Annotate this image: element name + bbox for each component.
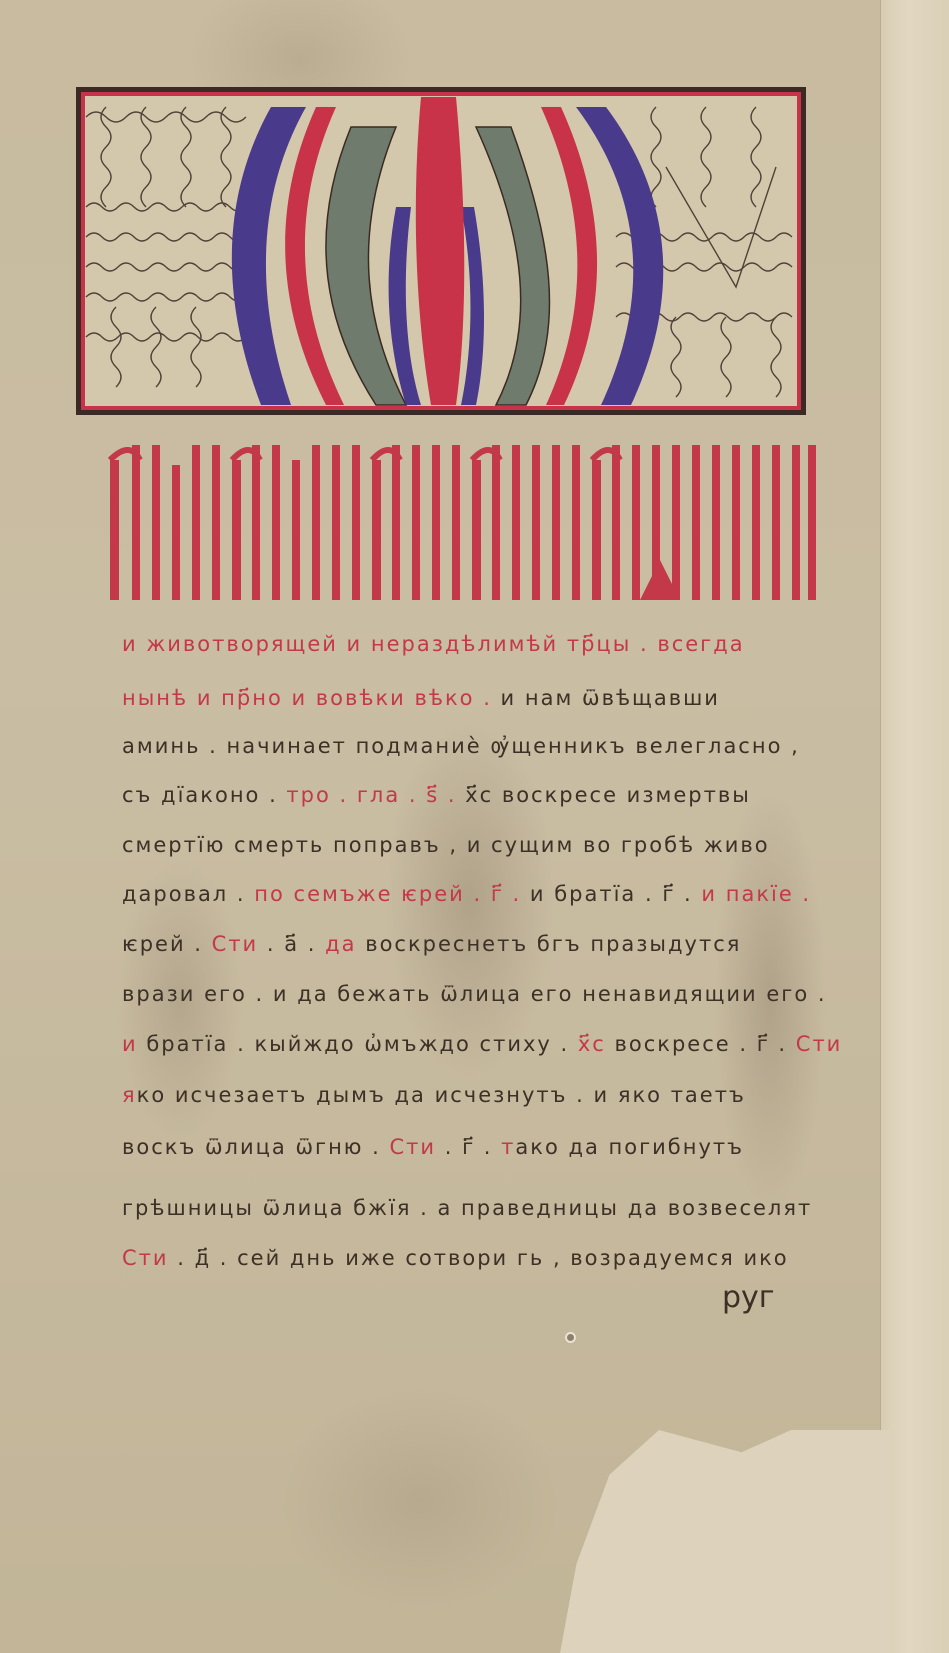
catchword: руг (722, 1280, 775, 1315)
line-segment: по семъже ѥрей . г҃ . (254, 882, 530, 906)
line-segment: съ дїаконо . (122, 783, 286, 807)
text-line-4: съ дїаконо . тро . гла . ѕ҃ . х҃с воскре… (122, 783, 862, 823)
line-segment: да (325, 932, 356, 956)
text-line-7: ѥрей . Сти . а҃ . да воскреснетъ бгъ пра… (122, 932, 862, 972)
line-segment: ѥрей . (122, 932, 212, 956)
text-line-3: аминь . начинает подманиѐ ѹ҆щенникъ веле… (122, 734, 862, 774)
parchment-page: СЛАВА СВЯТѢЙ И ЕДИНОСУЩНѢЙ и животворяще… (0, 0, 890, 1653)
line-segment: я (122, 1083, 137, 1107)
vyaz-ligature-graphic (100, 440, 820, 610)
line-segment: Сти (796, 1032, 843, 1056)
text-line-9: и братїа . кыйждо ѡ҆мъждо стиху . х҃с во… (122, 1032, 862, 1072)
line-segment: . г҃ . (436, 1135, 501, 1159)
line-segment: х҃с (578, 1032, 606, 1056)
line-segment: . а҃ . (258, 932, 325, 956)
text-line-11: воскъ ѿлица ѿгню . Сти . г҃ . тако да по… (122, 1135, 862, 1175)
line-segment: Сти (390, 1135, 437, 1159)
text-line-1: и животворящей и нераздѣлимѣй тр҃цы . вс… (122, 632, 862, 672)
line-segment: Сти (122, 1246, 169, 1270)
line-segment: грѣшницы ѿлица бжїя . а праведницы да во… (122, 1196, 812, 1220)
text-line-6: даровал . по семъже ѥрей . г҃ . и братїа… (122, 882, 862, 922)
line-segment: ко исчезаетъ дымъ да исчезнутъ . и яко т… (137, 1083, 746, 1107)
vyaz-title: СЛАВА СВЯТѢЙ И ЕДИНОСУЩНѢЙ (100, 440, 820, 610)
page-edge-strip (880, 0, 949, 1653)
parchment-hole (565, 1332, 576, 1343)
text-line-10: яко исчезаетъ дымъ да исчезнутъ . и яко … (122, 1083, 862, 1123)
text-line-2: нынѣ и пр҃но и вовѣки вѣко . и нам ѿвѣща… (122, 686, 862, 726)
line-segment: воскъ ѿлица ѿгню . (122, 1135, 390, 1159)
line-segment: . д҃ . сей днь иже сотвори гь , возрадуе… (169, 1246, 789, 1270)
line-segment: смертїю смерть поправъ , и сущим во гроб… (122, 833, 770, 857)
torn-corner-repair (560, 1430, 890, 1653)
line-segment: воскреснетъ бгъ празыдутся (357, 932, 742, 956)
line-segment: ако да погибнутъ (515, 1135, 744, 1159)
ornamental-headpiece (76, 87, 806, 415)
line-segment: братїа . кыйждо ѡ҆мъждо стиху . (138, 1032, 578, 1056)
line-segment: тро . гла . ѕ҃ . (286, 783, 465, 807)
line-segment: нынѣ и пр҃но и вовѣки вѣко . (122, 686, 501, 710)
line-segment: врази его . и да бежать ѿлица его ненави… (122, 982, 827, 1006)
line-segment: даровал . (122, 882, 254, 906)
line-segment: х҃с воскресе измертвы (465, 783, 751, 807)
line-segment: т (501, 1135, 515, 1159)
line-segment: и пакїе . (701, 882, 811, 906)
line-segment: и животворящей и нераздѣлимѣй тр҃цы . вс… (122, 632, 745, 656)
line-segment: Сти (212, 932, 259, 956)
line-segment: и нам ѿвѣщавши (501, 686, 720, 710)
text-line-12: грѣшницы ѿлица бжїя . а праведницы да во… (122, 1196, 862, 1236)
text-line-8: врази его . и да бежать ѿлица его ненави… (122, 982, 862, 1022)
line-segment: и братїа . г҃ . (530, 882, 702, 906)
line-segment: аминь . начинает подманиѐ ѹ҆щенникъ веле… (122, 734, 800, 758)
line-segment: и (122, 1032, 138, 1056)
text-line-5: смертїю смерть поправъ , и сущим во гроб… (122, 833, 862, 873)
line-segment: воскресе . г҃ . (606, 1032, 796, 1056)
